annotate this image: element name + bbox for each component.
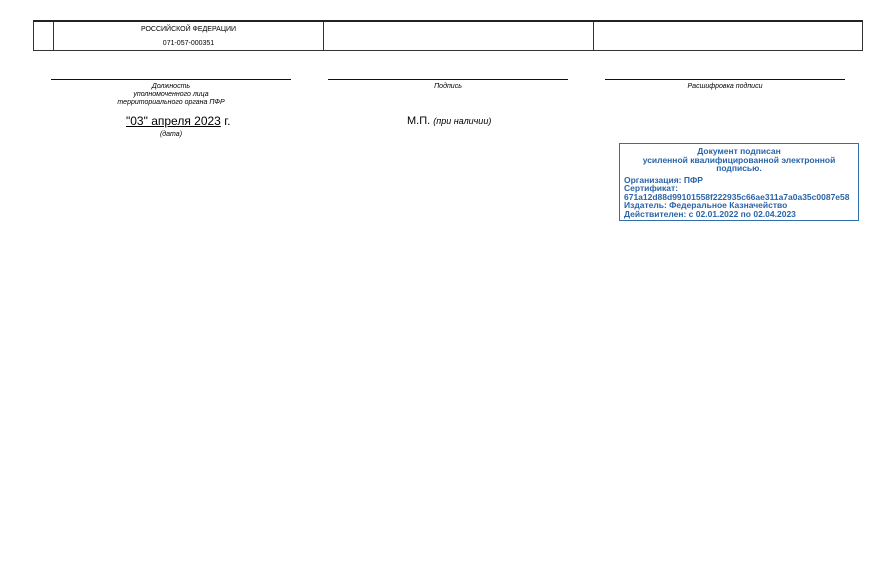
decryption-caption: Расшифровка подписи	[605, 83, 845, 91]
stamp-title-line: подписью.	[624, 164, 854, 173]
caption-line: уполномоченного лица	[51, 91, 291, 99]
stamp-place-note: (при наличии)	[433, 116, 491, 126]
decryption-line	[605, 79, 845, 80]
date-field: "03" апреля 2023 г.	[126, 114, 230, 128]
stamp-body: Организация: ПФР Сертификат: 671a12d88d9…	[624, 176, 854, 219]
stamp-place-label: М.П.	[407, 115, 430, 127]
electronic-signature-stamp: Документ подписан усиленной квалифициров…	[619, 143, 859, 221]
registration-number: 071-057-000351	[54, 40, 323, 47]
signature-caption: Подпись	[328, 83, 568, 91]
date-caption: (дата)	[51, 131, 291, 139]
country-text: РОССИЙСКОЙ ФЕДЕРАЦИИ	[54, 26, 323, 33]
caption-line: Должность	[51, 83, 291, 91]
table-cell-registration: РОССИЙСКОЙ ФЕДЕРАЦИИ 071-057-000351	[54, 22, 324, 50]
date-value: "03" апреля 2023	[126, 114, 221, 128]
table-cell-blank-2	[324, 22, 594, 50]
position-line	[51, 79, 291, 80]
signature-line	[328, 79, 568, 80]
stamp-place: М.П. (при наличии)	[407, 115, 491, 127]
table-cell-empty	[34, 22, 54, 50]
date-suffix: г.	[221, 114, 231, 128]
stamp-title: Документ подписан усиленной квалифициров…	[624, 147, 854, 173]
caption-line: территориального органа ПФР	[51, 99, 291, 107]
position-caption: Должность уполномоченного лица территори…	[51, 83, 291, 107]
table-cell-blank-3	[594, 22, 862, 50]
stamp-validity: Действителен: с 02.01.2022 по 02.04.2023	[624, 210, 854, 219]
header-table: РОССИЙСКОЙ ФЕДЕРАЦИИ 071-057-000351	[33, 20, 863, 51]
